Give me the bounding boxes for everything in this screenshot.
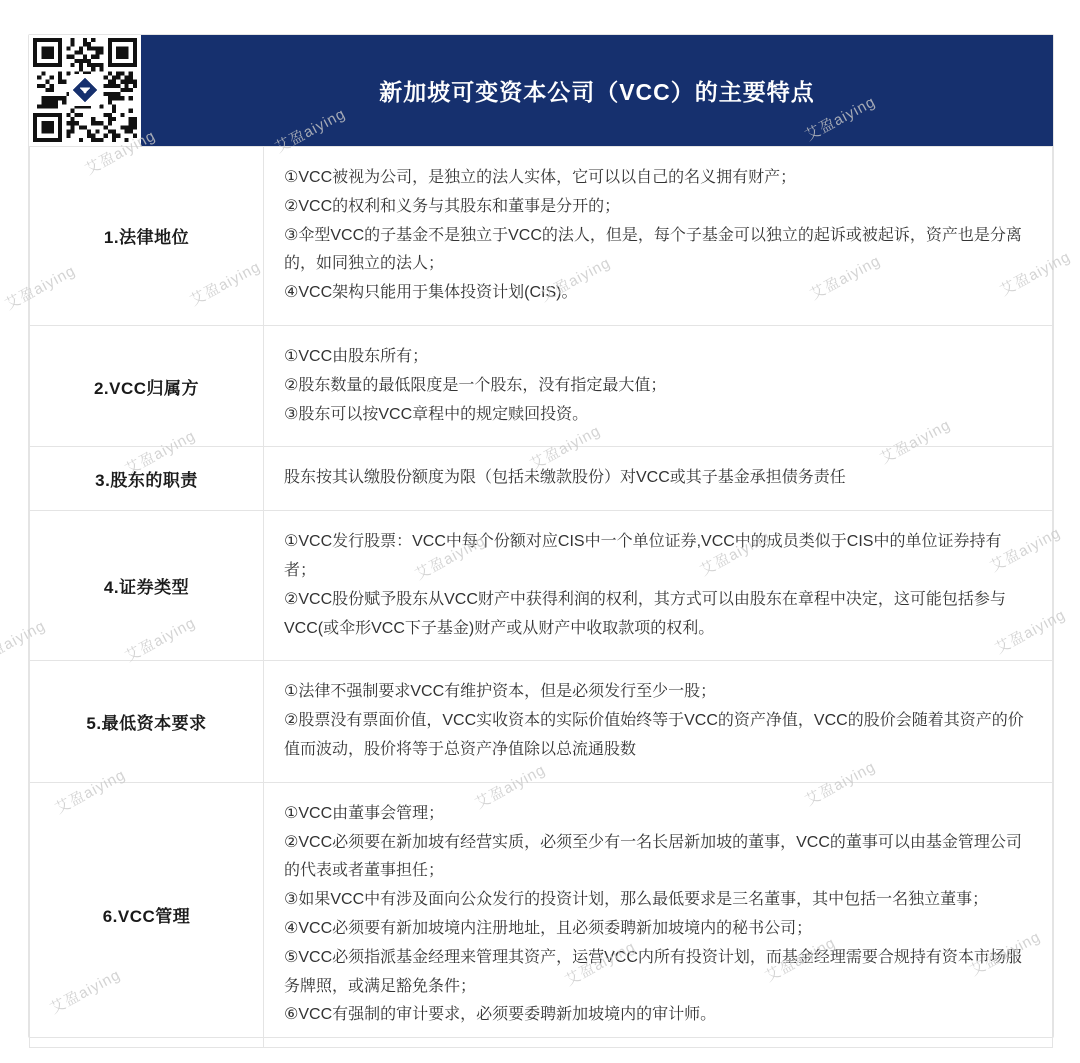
table-row: 4.证券类型①VCC发行股票：VCC中每个份额对应CIS中一个单位证券,VCC中… bbox=[30, 511, 1053, 661]
content-line: ③伞型VCC的子基金不是独立于VCC的法人，但是，每个子基金可以独立的起诉或被起… bbox=[284, 222, 1030, 280]
table-row: 5.最低资本要求①法律不强制要求VCC有维护资本，但是必须发行至少一股；②股票没… bbox=[30, 661, 1053, 782]
features-table: 1.法律地位①VCC被视为公司，是独立的法人实体，它可以以自己的名义拥有财产；②… bbox=[29, 146, 1053, 1048]
qr-code-icon bbox=[29, 35, 141, 145]
content-line: ③股东可以按VCC章程中的规定赎回投资。 bbox=[284, 401, 1030, 430]
table-row: 2.VCC归属方①VCC由股东所有；②股东数量的最低限度是一个股东，没有指定最大… bbox=[30, 325, 1053, 446]
title-bar: 新加坡可变资本公司（VCC）的主要特点 bbox=[141, 35, 1053, 146]
content-line: ②VCC的权利和义务与其股东和董事是分开的； bbox=[284, 193, 1030, 222]
row-content: ①VCC由股东所有；②股东数量的最低限度是一个股东，没有指定最大值；③股东可以按… bbox=[264, 325, 1053, 446]
content-line: ④VCC必须要有新加坡境内注册地址，且必须委聘新加坡境内的秘书公司； bbox=[284, 915, 1030, 944]
row-label: 4.证券类型 bbox=[30, 511, 264, 661]
content-line: ②股东数量的最低限度是一个股东，没有指定最大值； bbox=[284, 372, 1030, 401]
content-line: ①法律不强制要求VCC有维护资本，但是必须发行至少一股； bbox=[284, 678, 1030, 707]
row-label: 2.VCC归属方 bbox=[30, 325, 264, 446]
qr-code-graphic bbox=[33, 38, 137, 142]
header: 新加坡可变资本公司（VCC）的主要特点 bbox=[29, 35, 1053, 146]
content-line: ①VCC由股东所有； bbox=[284, 343, 1030, 372]
row-content: ①VCC被视为公司，是独立的法人实体，它可以以自己的名义拥有财产；②VCC的权利… bbox=[264, 147, 1053, 326]
content-line: ①VCC发行股票：VCC中每个份额对应CIS中一个单位证券,VCC中的成员类似于… bbox=[284, 528, 1030, 586]
row-label: 1.法律地位 bbox=[30, 147, 264, 326]
content-line: ③如果VCC中有涉及面向公众发行的投资计划，那么最低要求是三名董事，其中包括一名… bbox=[284, 886, 1030, 915]
row-content: ①VCC发行股票：VCC中每个份额对应CIS中一个单位证券,VCC中的成员类似于… bbox=[264, 511, 1053, 661]
row-content: 股东按其认缴股份额度为限（包括未缴款股份）对VCC或其子基金承担债务责任 bbox=[264, 447, 1053, 511]
row-content: ①法律不强制要求VCC有维护资本，但是必须发行至少一股；②股票没有票面价值，VC… bbox=[264, 661, 1053, 782]
content-line: ②VCC股份赋予股东从VCC财产中获得利润的权利，其方式可以由股东在章程中决定，… bbox=[284, 586, 1030, 644]
page-title: 新加坡可变资本公司（VCC）的主要特点 bbox=[379, 74, 815, 107]
row-label: 6.VCC管理 bbox=[30, 782, 264, 1047]
table-row: 1.法律地位①VCC被视为公司，是独立的法人实体，它可以以自己的名义拥有财产；②… bbox=[30, 147, 1053, 326]
content-line: ①VCC由董事会管理； bbox=[284, 800, 1030, 829]
table-row: 6.VCC管理①VCC由董事会管理；②VCC必须要在新加坡有经营实质，必须至少有… bbox=[30, 782, 1053, 1047]
document: 新加坡可变资本公司（VCC）的主要特点 1.法律地位①VCC被视为公司，是独立的… bbox=[28, 34, 1054, 1038]
row-label: 5.最低资本要求 bbox=[30, 661, 264, 782]
content-line: ②股票没有票面价值，VCC实收资本的实际价值始终等于VCC的资产净值，VCC的股… bbox=[284, 707, 1030, 765]
content-line: ②VCC必须要在新加坡有经营实质，必须至少有一名长居新加坡的董事，VCC的董事可… bbox=[284, 829, 1030, 887]
table-row: 3.股东的职责股东按其认缴股份额度为限（包括未缴款股份）对VCC或其子基金承担债… bbox=[30, 447, 1053, 511]
content-line: 股东按其认缴股份额度为限（包括未缴款股份）对VCC或其子基金承担债务责任 bbox=[284, 464, 1030, 493]
content-line: ⑤VCC必须指派基金经理来管理其资产，运营VCC内所有投资计划，而基金经理需要合… bbox=[284, 944, 1030, 1002]
content-line: ⑥VCC有强制的审计要求，必须要委聘新加坡境内的审计师。 bbox=[284, 1001, 1030, 1030]
content-line: ①VCC被视为公司，是独立的法人实体，它可以以自己的名义拥有财产； bbox=[284, 164, 1030, 193]
content-line: ④VCC架构只能用于集体投资计划(CIS)。 bbox=[284, 279, 1030, 308]
row-label: 3.股东的职责 bbox=[30, 447, 264, 511]
row-content: ①VCC由董事会管理；②VCC必须要在新加坡有经营实质，必须至少有一名长居新加坡… bbox=[264, 782, 1053, 1047]
